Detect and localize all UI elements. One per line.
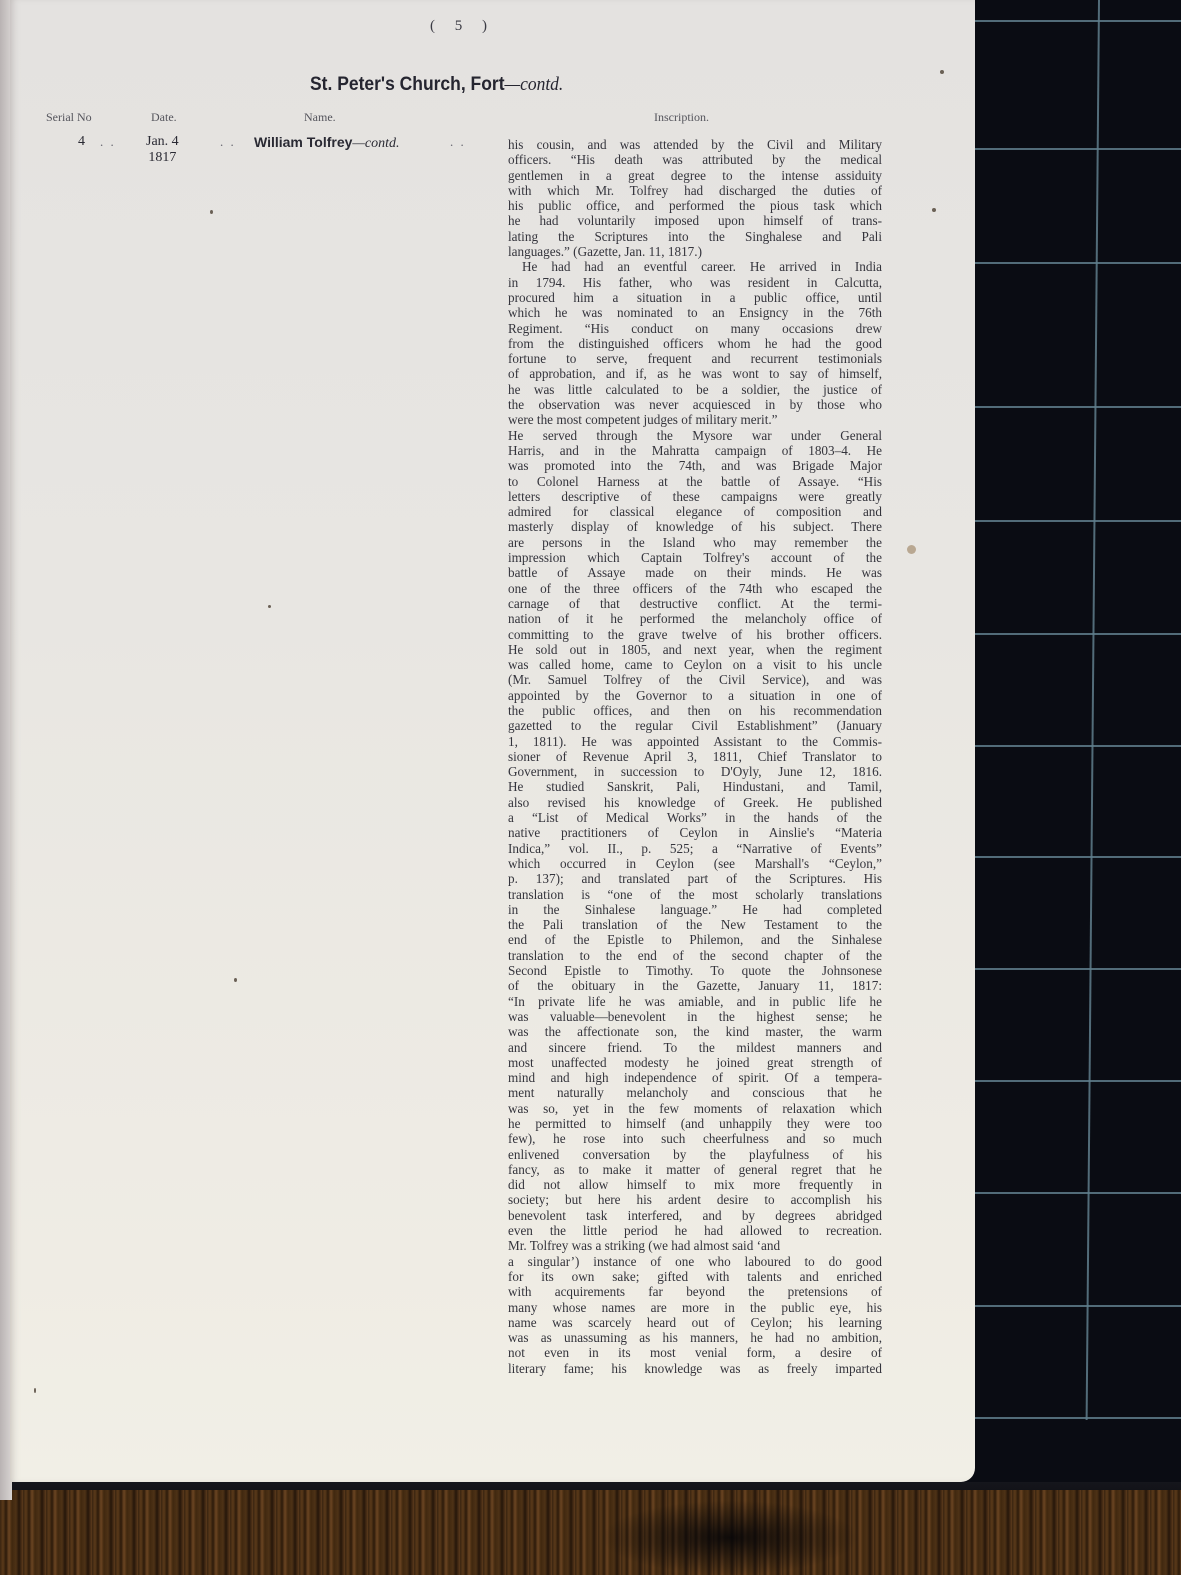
mat-grid-line <box>975 520 1181 522</box>
inscription-line: benevolent task interfered, and by degre… <box>508 1208 882 1223</box>
inscription-line: one of the three officers of the 74th wh… <box>508 581 882 596</box>
leader-dots: . . <box>450 134 466 150</box>
inscription-line: he was little calculated to be a soldier… <box>508 382 882 397</box>
paper-stain <box>907 545 916 554</box>
inscription-line: enlivened conversation by the playfulnes… <box>508 1147 882 1162</box>
inscription-line: He sold out in 1805, and next year, when… <box>508 642 882 657</box>
mat-grid-line <box>975 262 1181 264</box>
inscription-line: Regiment. “His conduct on many occasions… <box>508 321 882 336</box>
inscription-line: also revised his knowledge of Greek. He … <box>508 795 882 810</box>
inscription-line: gazetted to the regular Civil Establishm… <box>508 718 882 733</box>
inscription-line: was so, yet in the few moments of relaxa… <box>508 1101 882 1116</box>
entry-name-suffix: —contd. <box>352 136 399 151</box>
mat-grid-line <box>975 1305 1181 1307</box>
inscription-line: officers. “His death was attributed by t… <box>508 152 882 167</box>
column-header-inscription: Inscription. <box>654 110 709 125</box>
inscription-line: was called home, came to Ceylon on a vis… <box>508 657 882 672</box>
inscription-line: were the most competent judges of milita… <box>508 412 882 427</box>
inscription-line: he had voluntarily imposed upon himself … <box>508 213 882 228</box>
inscription-line: his cousin, and was attended by the Civi… <box>508 137 882 152</box>
inscription-line: mind and high independence of spirit. Of… <box>508 1070 882 1085</box>
inscription-line: He served through the Mysore war under G… <box>508 428 882 443</box>
inscription-line: of approbation, and if, as he was wont t… <box>508 366 882 381</box>
inscription-line: most unaffected modesty he joined great … <box>508 1055 882 1070</box>
inscription-line: fancy, as to make it matter of general r… <box>508 1162 882 1177</box>
wooden-table-surface <box>0 1490 1181 1575</box>
inscription-line: the observation was never acquiesced in … <box>508 397 882 412</box>
inscription-line: few), he rose into such cheerfulness and… <box>508 1131 882 1146</box>
inscription-line: even the little period he had allowed to… <box>508 1223 882 1238</box>
inscription-line: carnage of that destructive conflict. At… <box>508 596 882 611</box>
inscription-line: he permitted to himself (and unhappily t… <box>508 1116 882 1131</box>
inscription-line: a “List of Medical Works” in the hands o… <box>508 810 882 825</box>
column-header-name: Name. <box>304 110 336 125</box>
inscription-line: end of the Epistle to Philemon, and the … <box>508 932 882 947</box>
inscription-line: lating the Scriptures into the Singhales… <box>508 229 882 244</box>
paper-speck <box>932 208 936 212</box>
mat-grid-line <box>975 20 1181 22</box>
inscription-line: which occurred in Ceylon (see Marshall's… <box>508 856 882 871</box>
inscription-line: Harris, and in the Mahratta campaign of … <box>508 443 882 458</box>
inscription-line: was valuable—benevolent in the highest s… <box>508 1009 882 1024</box>
inscription-line: was the affectionate son, the kind maste… <box>508 1024 882 1039</box>
inscription-line: masterly display of knowledge of his sub… <box>508 519 882 534</box>
inscription-line: of the obituary in the Gazette, January … <box>508 978 882 993</box>
inscription-line: sioner of Revenue April 3, 1811, Chief T… <box>508 749 882 764</box>
inscription-line: the Pali translation of the New Testamen… <box>508 917 882 932</box>
entry-date-day: Jan. 4 <box>146 134 179 150</box>
page-number: ( 5 ) <box>430 18 495 35</box>
inscription-line: to Colonel Harness at the battle of Assa… <box>508 474 882 489</box>
inscription-line: appointed by the Governor to a situation… <box>508 688 882 703</box>
inscription-line: for its own sake; gifted with talents an… <box>508 1269 882 1284</box>
entry-date: Jan. 4 1817 <box>146 134 179 166</box>
paper-speck <box>210 210 213 214</box>
inscription-line: native practitioners of Ceylon in Ainsli… <box>508 825 882 840</box>
inscription-line: in the Sinhalese language.” He had compl… <box>508 902 882 917</box>
inscription-line: in 1794. His father, who was resident in… <box>508 275 882 290</box>
inscription-line: (Mr. Samuel Tolfrey of the Civil Service… <box>508 672 882 687</box>
inscription-line: name was scarcely heard out of Ceylon; h… <box>508 1315 882 1330</box>
inscription-line: impression which Captain Tolfrey's accou… <box>508 550 882 565</box>
paper-speck <box>34 1388 36 1393</box>
mat-grid-line <box>975 406 1181 408</box>
mat-grid-line <box>975 1080 1181 1082</box>
inscription-line: literary fame; his knowledge was as free… <box>508 1361 882 1376</box>
inscription-line: gentlemen in a great degree to the inten… <box>508 168 882 183</box>
inscription-line: society; but here his ardent desire to a… <box>508 1192 882 1207</box>
document-page: ( 5 ) St. Peter's Church, Fort—contd. Se… <box>10 0 975 1482</box>
leader-dots: . . <box>220 134 236 150</box>
inscription-line: was promoted into the 74th, and was Brig… <box>508 458 882 473</box>
table-shadow <box>600 1500 860 1575</box>
mat-grid-line <box>975 633 1181 635</box>
inscription-line: Indica,” vol. II., p. 525; a “Narrative … <box>508 841 882 856</box>
inscription-line: from the distinguished officers whom he … <box>508 336 882 351</box>
mat-grid-line <box>975 1192 1181 1194</box>
column-header-date: Date. <box>151 110 177 125</box>
entry-serial: 4 <box>78 134 85 150</box>
inscription-line: and sincere friend. To the mildest manne… <box>508 1040 882 1055</box>
inscription-line: ment naturally melancholy and conscious … <box>508 1085 882 1100</box>
inscription-line: translation to the end of the second cha… <box>508 948 882 963</box>
inscription-line: languages.” (Gazette, Jan. 11, 1817.) <box>508 244 882 259</box>
entry-name-text: William Tolfrey <box>254 134 352 150</box>
mat-grid-line <box>975 745 1181 747</box>
inscription-line: not even in its most venial form, a desi… <box>508 1345 882 1360</box>
column-header-serial: Serial No <box>46 110 92 125</box>
inscription-line: He studied Sanskrit, Pali, Hindustani, a… <box>508 779 882 794</box>
mat-grid-line <box>975 148 1181 150</box>
inscription-line: Government, in succession to D'Oyly, Jun… <box>508 764 882 779</box>
inscription-line: many whose names are more in the public … <box>508 1300 882 1315</box>
leader-dots: . . <box>100 134 116 150</box>
inscription-line: his public office, and performed the pio… <box>508 198 882 213</box>
inscription-line: with acquirements far beyond the pretens… <box>508 1284 882 1299</box>
entry-name: William Tolfrey—contd. <box>254 134 399 152</box>
inscription-line: did not allow himself to mix more freque… <box>508 1177 882 1192</box>
inscription-line: admired for classical elegance of compos… <box>508 504 882 519</box>
inscription-line: procured him a situation in a public off… <box>508 290 882 305</box>
mat-grid-line <box>975 856 1181 858</box>
paper-speck <box>234 978 237 982</box>
section-title: St. Peter's Church, Fort—contd. <box>310 74 563 96</box>
inscription-line: 1, 1811). He was appointed Assistant to … <box>508 734 882 749</box>
section-title-text: St. Peter's Church, Fort <box>310 74 505 95</box>
inscription-line: fortune to serve, frequent and recurrent… <box>508 351 882 366</box>
entry-date-year: 1817 <box>146 150 179 166</box>
inscription-line: letters descriptive of these campaigns w… <box>508 489 882 504</box>
paper-speck <box>268 605 271 608</box>
inscription-line: He had had an eventful career. He arrive… <box>508 259 882 274</box>
inscription-line: committing to the grave twelve of his br… <box>508 627 882 642</box>
inscription-line: which he was nominated to an Ensigncy in… <box>508 305 882 320</box>
inscription-line: translation is “one of the most scholarl… <box>508 887 882 902</box>
inscription-line: are persons in the Island who may rememb… <box>508 535 882 550</box>
inscription-line: Mr. Tolfrey was a striking (we had almos… <box>508 1238 882 1253</box>
mat-grid-line <box>975 968 1181 970</box>
inscription-line: was as unassuming as his manners, he had… <box>508 1330 882 1345</box>
inscription-line: a singular’) instance of one who laboure… <box>508 1254 882 1269</box>
paper-speck <box>940 70 944 74</box>
mat-grid-line <box>975 1417 1181 1419</box>
inscription-line: “In private life he was amiable, and in … <box>508 994 882 1009</box>
inscription-text: his cousin, and was attended by the Civi… <box>508 137 882 1376</box>
inscription-line: with which Mr. Tolfrey had discharged th… <box>508 183 882 198</box>
inscription-line: p. 137); and translated part of the Scri… <box>508 871 882 886</box>
inscription-line: the public offices, and then on his reco… <box>508 703 882 718</box>
inscription-line: nation of it he performed the melancholy… <box>508 611 882 626</box>
inscription-line: Second Epistle to Timothy. To quote the … <box>508 963 882 978</box>
section-title-suffix: —contd. <box>505 74 564 95</box>
inscription-line: battle of Assaye made on their minds. He… <box>508 565 882 580</box>
